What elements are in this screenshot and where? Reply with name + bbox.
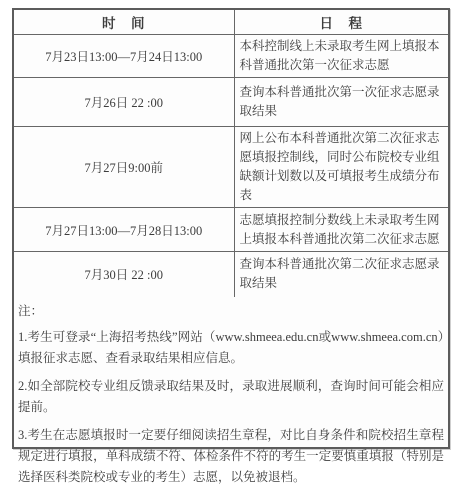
- table-header-row: 时 间 日 程: [14, 10, 448, 35]
- note-item-2: 2.如全部院校专业组反馈录取结果及时，录取进展顺利，查询时间可能会相应提前。: [18, 376, 444, 418]
- time-cell: 7月27日9:00前: [14, 127, 234, 208]
- schedule-cell: 网上公布本科普通批次第二次征求志愿填报控制线，同时公布院校专业组缺额计划数以及可…: [234, 127, 448, 208]
- note-item-3: 3.考生在志愿填报时一定要仔细阅读招生章程，对比自身条件和院校招生章程规定进行填…: [18, 425, 444, 488]
- schedule-cell: 志愿填报控制分数线上未录取考生网上填报本科普通批次第二次征求志愿: [234, 208, 448, 252]
- schedule-cell: 本科控制线上未录取考生网上填报本科普通批次第一次征求志愿: [234, 35, 448, 78]
- time-cell: 7月27日13:00—7月28日13:00: [14, 208, 234, 252]
- notes-label: 注：: [18, 301, 444, 322]
- schedule-cell: 查询本科普通批次第二次征求志愿录取结果: [234, 252, 448, 297]
- header-schedule: 日 程: [234, 10, 448, 35]
- time-cell: 7月30日 22 :00: [14, 252, 234, 297]
- notes-section: 注： 1.考生可登录“上海招考热线”网站（www.shmeea.edu.cn或w…: [14, 297, 448, 488]
- table-row: 7月27日13:00—7月28日13:00 志愿填报控制分数线上未录取考生网上填…: [14, 208, 448, 252]
- header-time: 时 间: [14, 10, 234, 35]
- table-row: 7月26日 22 :00 查询本科普通批次第一次征求志愿录取结果: [14, 78, 448, 127]
- table-row: 7月27日9:00前 网上公布本科普通批次第二次征求志愿填报控制线，同时公布院校…: [14, 127, 448, 208]
- schedule-table: 时 间 日 程 7月23日13:00—7月24日13:00 本科控制线上未录取考…: [14, 10, 448, 297]
- note-item-1: 1.考生可登录“上海招考热线”网站（www.shmeea.edu.cn或www.…: [18, 327, 444, 369]
- time-cell: 7月23日13:00—7月24日13:00: [14, 35, 234, 78]
- table-row: 7月23日13:00—7月24日13:00 本科控制线上未录取考生网上填报本科普…: [14, 35, 448, 78]
- time-cell: 7月26日 22 :00: [14, 78, 234, 127]
- table-row: 7月30日 22 :00 查询本科普通批次第二次征求志愿录取结果: [14, 252, 448, 297]
- notice-panel: 时 间 日 程 7月23日13:00—7月24日13:00 本科控制线上未录取考…: [12, 8, 450, 449]
- schedule-cell: 查询本科普通批次第一次征求志愿录取结果: [234, 78, 448, 127]
